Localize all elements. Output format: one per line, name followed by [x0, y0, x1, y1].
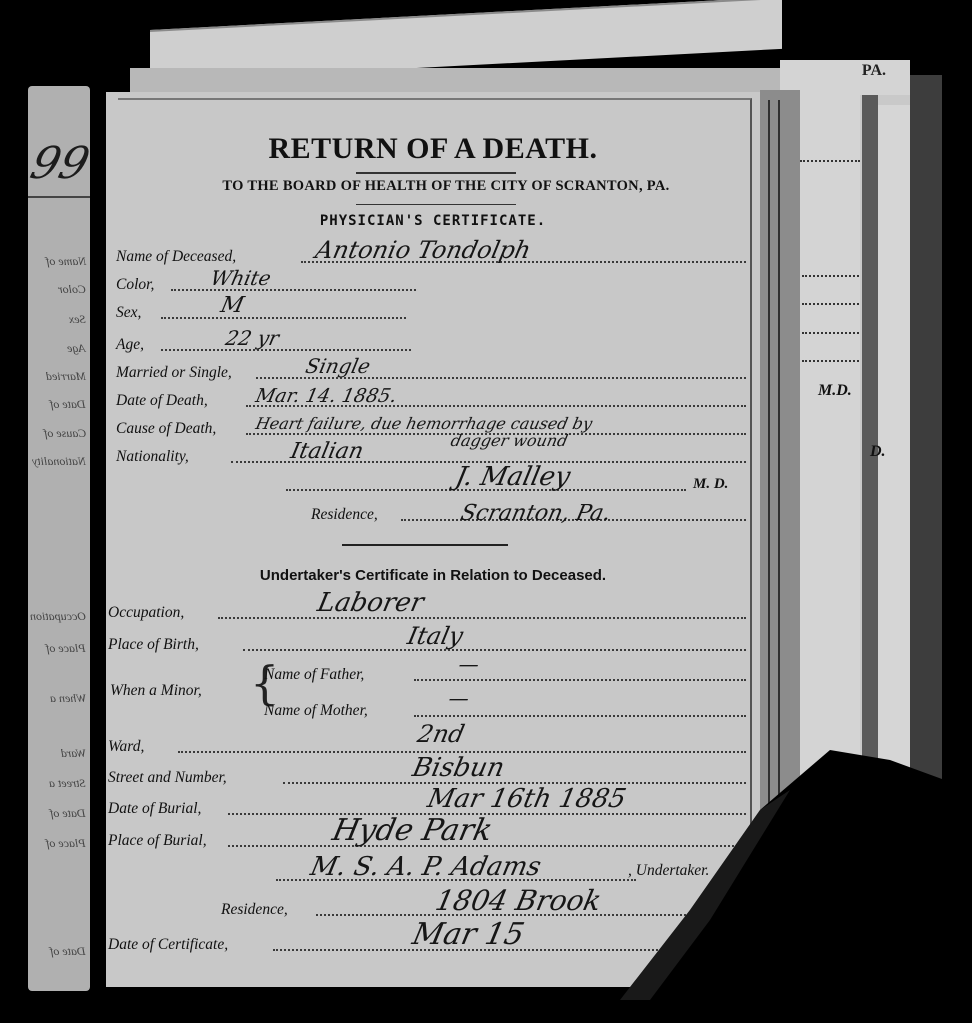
- right-page-md-label: M.D.: [818, 382, 852, 400]
- dotted-line: [161, 317, 406, 319]
- handwritten-value: M: [218, 293, 246, 318]
- field-label: Name of Deceased,: [116, 248, 236, 266]
- handwritten-value: Mar 15: [409, 917, 527, 952]
- subtitle-rule: [356, 204, 516, 205]
- right-underlying-page-3: D.: [878, 105, 910, 795]
- handwritten-value: Scranton, Pa.: [458, 501, 613, 526]
- handwritten-value: White: [208, 266, 273, 290]
- field-place-of-birth: Place of Birth, Italy: [108, 632, 746, 654]
- page-fold-lines: [768, 100, 780, 860]
- title-rule: [356, 172, 516, 174]
- field-label: Cause of Death,: [116, 420, 216, 438]
- dark-corner-shadow: [590, 750, 972, 1023]
- field-label: Ward,: [108, 738, 144, 756]
- md-suffix: M. D.: [693, 476, 728, 493]
- field-label: Date of Certificate,: [108, 936, 228, 954]
- mirrored-label: Cause of: [44, 426, 86, 441]
- field-label: Name of Mother,: [264, 702, 368, 720]
- handwritten-value: Italian: [288, 439, 365, 464]
- document-title: RETURN OF A DEATH.: [106, 132, 760, 166]
- handwritten-value: —: [456, 652, 481, 676]
- field-color: Color, White: [116, 272, 416, 294]
- field-date-of-death: Date of Death, Mar. 14. 1885.: [116, 388, 746, 410]
- page-stack-edge: [910, 75, 942, 815]
- field-occupation: Occupation, Laborer: [108, 600, 746, 622]
- mirrored-label: Sex: [69, 312, 86, 327]
- physician-signature-line: J. Malley: [286, 472, 686, 494]
- mirrored-label: Date of: [50, 397, 86, 412]
- dotted-line: [218, 617, 746, 619]
- handwritten-value: Italy: [405, 622, 466, 650]
- handwritten-value: Laborer: [315, 588, 427, 618]
- field-label: Place of Birth,: [108, 636, 199, 654]
- right-page-dotted-line: [802, 275, 862, 277]
- field-label: Color,: [116, 276, 154, 294]
- mirrored-label: Age: [67, 341, 86, 356]
- handwritten-value: Antonio Tondolph: [313, 236, 533, 264]
- document-subtitle: TO THE BOARD OF HEALTH OF THE CITY OF SC…: [126, 178, 766, 195]
- physician-residence: Residence, Scranton, Pa.: [311, 502, 746, 524]
- mirrored-label: Married: [46, 369, 86, 384]
- field-name-of-mother: Name of Mother, —: [264, 698, 746, 720]
- mirrored-label: Color: [58, 282, 86, 297]
- physician-signature: J. Malley: [453, 462, 573, 492]
- mirrored-label: Ward: [61, 746, 86, 761]
- field-name-of-deceased: Name of Deceased, Antonio Tondolph: [116, 244, 746, 266]
- page-number: 99: [25, 138, 95, 189]
- mirrored-label: Occupation: [30, 609, 86, 624]
- mirrored-label: When a: [50, 691, 86, 706]
- mirrored-label: Nationality: [32, 454, 86, 469]
- handwritten-value: 1804 Brook: [432, 884, 604, 917]
- mirrored-label: Date of: [50, 806, 86, 821]
- mirrored-label: Place of: [46, 836, 86, 851]
- field-label: Place of Burial,: [108, 832, 207, 850]
- strip-rule: [28, 196, 90, 198]
- field-label: Nationality,: [116, 448, 189, 466]
- right-page-md-label: D.: [870, 443, 886, 461]
- field-nationality: Nationality, Italian: [116, 444, 746, 466]
- field-label: Name of Father,: [264, 666, 364, 684]
- field-label: Married or Single,: [116, 364, 232, 382]
- dotted-line: [243, 649, 746, 651]
- field-label: Residence,: [221, 901, 288, 919]
- field-name-of-father: Name of Father, —: [264, 662, 746, 684]
- dotted-line: [414, 715, 746, 717]
- torn-page-edge: [760, 90, 800, 860]
- field-sex: Sex, M: [116, 300, 406, 322]
- right-page-dotted-line: [800, 160, 860, 162]
- field-label: Occupation,: [108, 604, 184, 622]
- field-label: Street and Number,: [108, 769, 227, 787]
- handwritten-value: Mar. 14. 1885.: [254, 385, 399, 407]
- physician-certificate-heading: PHYSICIAN'S CERTIFICATE.: [106, 213, 760, 229]
- mirrored-label: Street a: [49, 776, 86, 791]
- right-page-dotted-line: [802, 332, 862, 334]
- field-age: Age, 22 yr: [116, 332, 411, 354]
- undertaker-signature: M. S. A. P. Adams: [308, 852, 544, 882]
- field-married-or-single: Married or Single, Single: [116, 360, 746, 382]
- dotted-line: [414, 679, 746, 681]
- handwritten-value: 22 yr: [223, 326, 281, 350]
- field-label: Date of Burial,: [108, 800, 201, 818]
- right-page-dotted-line: [802, 360, 862, 362]
- undertaker-certificate-heading: Undertaker's Certificate in Relation to …: [106, 567, 760, 584]
- right-page-partial-heading: PA.: [862, 62, 886, 80]
- handwritten-value: 2nd: [415, 720, 467, 748]
- field-label: Date of Death,: [116, 392, 208, 410]
- handwritten-value: —: [446, 686, 471, 710]
- dotted-line: [161, 349, 411, 351]
- handwritten-value: Bisbun: [410, 753, 507, 783]
- mirrored-label: Place of: [46, 641, 86, 656]
- right-page-dotted-line: [802, 303, 862, 305]
- left-binding-strip: 99 Name of Color Sex Age Married Date of…: [28, 86, 90, 991]
- field-label: Residence,: [311, 506, 378, 524]
- field-label: Age,: [116, 336, 144, 354]
- mirrored-label: Name of: [46, 254, 86, 269]
- field-cause-of-death: Cause of Death, Heart failure, due hemor…: [116, 416, 746, 438]
- handwritten-value: Single: [303, 354, 372, 378]
- handwritten-value: Hyde Park: [329, 813, 495, 848]
- section-divider: [342, 544, 508, 546]
- when-a-minor-label: When a Minor,: [110, 682, 202, 700]
- field-label: Sex,: [116, 304, 141, 322]
- mirrored-label: Date of: [50, 944, 86, 959]
- undertaker-signature-line: M. S. A. P. Adams: [276, 862, 636, 884]
